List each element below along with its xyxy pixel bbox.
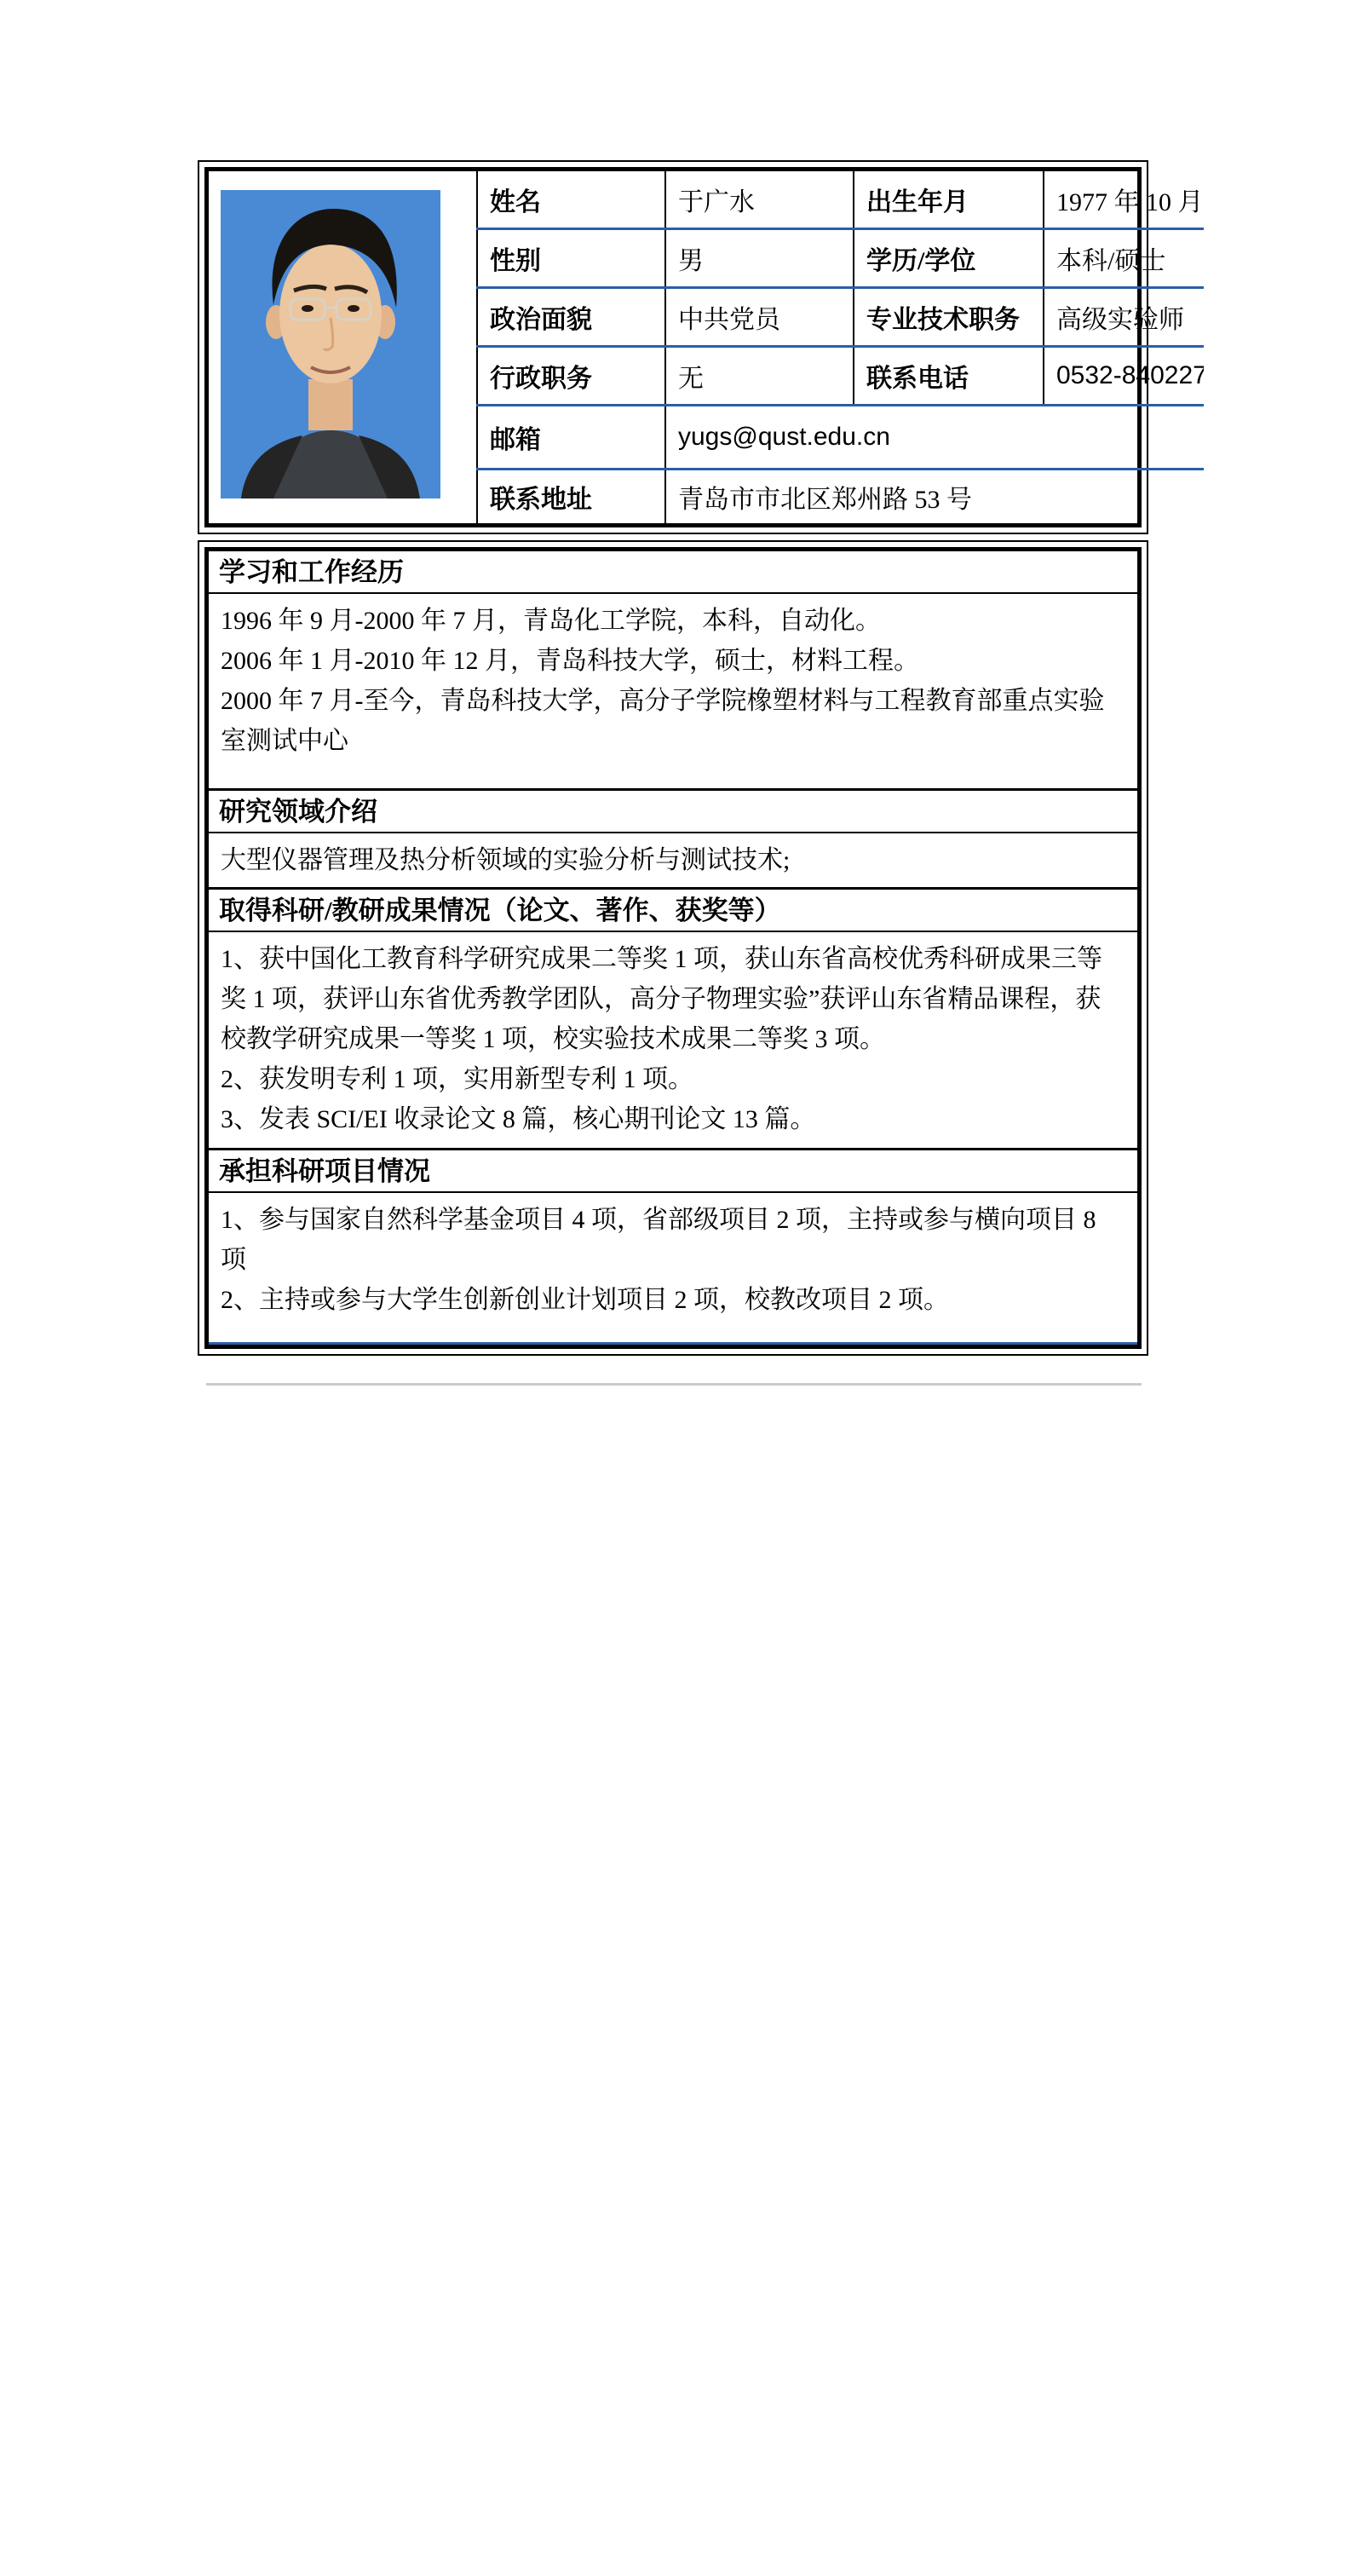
field-value-birthdate: 1977 年 10 月 [1044, 171, 1204, 229]
achievements-item: 1、获中国化工教育科学研究成果二等奖 1 项，获山东省高校优秀科研成果三等奖 1… [221, 939, 1125, 1059]
personal-info-frame: 姓名 于广水 出生年月 1977 年 10 月 性别 男 学历/学位 本科/硕士… [198, 160, 1148, 534]
field-value-phone: 0532-84022773 [1044, 347, 1204, 406]
field-value-admin-post: 无 [665, 347, 854, 406]
profile-photo [221, 190, 440, 498]
field-label-email: 邮箱 [477, 406, 665, 470]
field-label-professional-title: 专业技术职务 [854, 288, 1044, 347]
education-work-line: 2006 年 1 月-2010 年 12 月，青岛科技大学，硕士，材料工程。 [221, 641, 1125, 681]
details-frame: 学习和工作经历 1996 年 9 月-2000 年 7 月，青岛化工学院，本科，… [198, 540, 1148, 1356]
field-label-degree: 学历/学位 [854, 229, 1044, 288]
achievements-item: 3、发表 SCI/EI 收录论文 8 篇，核心期刊论文 13 篇。 [221, 1099, 1125, 1139]
field-label-admin-post: 行政职务 [477, 347, 665, 406]
field-label-address: 联系地址 [477, 470, 665, 524]
research-projects-item: 2、主持或参与大学生创新创业计划项目 2 项，校教改项目 2 项。 [221, 1280, 1125, 1320]
research-areas-line: 大型仪器管理及热分析领域的实验分析与测试技术; [221, 840, 1125, 880]
field-label-birthdate: 出生年月 [854, 171, 1044, 229]
field-label-gender: 性别 [477, 229, 665, 288]
section-title-research-areas: 研究领域介绍 [209, 791, 1137, 833]
field-label-name: 姓名 [477, 171, 665, 229]
achievements-item: 2、获发明专利 1 项，实用新型专利 1 项。 [221, 1059, 1125, 1099]
details-frame-inner: 学习和工作经历 1996 年 9 月-2000 年 7 月，青岛化工学院，本科，… [204, 547, 1142, 1349]
field-value-name: 于广水 [665, 171, 854, 229]
field-value-political-status: 中共党员 [665, 288, 854, 347]
field-value-email: yugs@qust.edu.cn [665, 406, 1204, 470]
personal-info-table: 姓名 于广水 出生年月 1977 年 10 月 性别 男 学历/学位 本科/硕士… [209, 171, 1204, 523]
section-body-research-areas: 大型仪器管理及热分析领域的实验分析与测试技术; [209, 833, 1137, 890]
field-value-degree: 本科/硕士 [1044, 229, 1204, 288]
personal-info-frame-inner: 姓名 于广水 出生年月 1977 年 10 月 性别 男 学历/学位 本科/硕士… [204, 167, 1142, 527]
section-title-education-work: 学习和工作经历 [209, 551, 1137, 594]
field-value-professional-title: 高级实验师 [1044, 288, 1204, 347]
education-work-line: 1996 年 9 月-2000 年 7 月，青岛化工学院，本科，自动化。 [221, 601, 1125, 641]
education-work-line: 2000 年 7 月-至今，青岛科技大学，高分子学院橡塑材料与工程教育部重点实验… [221, 681, 1125, 761]
section-title-achievements: 取得科研/教研成果情况（论文、著作、获奖等） [209, 890, 1137, 932]
field-label-phone: 联系电话 [854, 347, 1044, 406]
field-value-address: 青岛市市北区郑州路 53 号 [665, 470, 1204, 524]
research-projects-item: 1、参与国家自然科学基金项目 4 项，省部级项目 2 项，主持或参与横向项目 8… [221, 1200, 1125, 1280]
bottom-divider [206, 1383, 1142, 1386]
section-body-achievements: 1、获中国化工教育科学研究成果二等奖 1 项，获山东省高校优秀科研成果三等奖 1… [209, 932, 1137, 1150]
field-value-gender: 男 [665, 229, 854, 288]
field-label-political-status: 政治面貌 [477, 288, 665, 347]
section-body-education-work: 1996 年 9 月-2000 年 7 月，青岛化工学院，本科，自动化。 200… [209, 594, 1137, 791]
photo-cell [209, 171, 477, 523]
section-body-research-projects: 1、参与国家自然科学基金项目 4 项，省部级项目 2 项，主持或参与横向项目 8… [209, 1193, 1137, 1345]
section-title-research-projects: 承担科研项目情况 [209, 1150, 1137, 1193]
page: 姓名 于广水 出生年月 1977 年 10 月 性别 男 学历/学位 本科/硕士… [0, 0, 1346, 2576]
profile-document: 姓名 于广水 出生年月 1977 年 10 月 性别 男 学历/学位 本科/硕士… [198, 160, 1148, 1386]
